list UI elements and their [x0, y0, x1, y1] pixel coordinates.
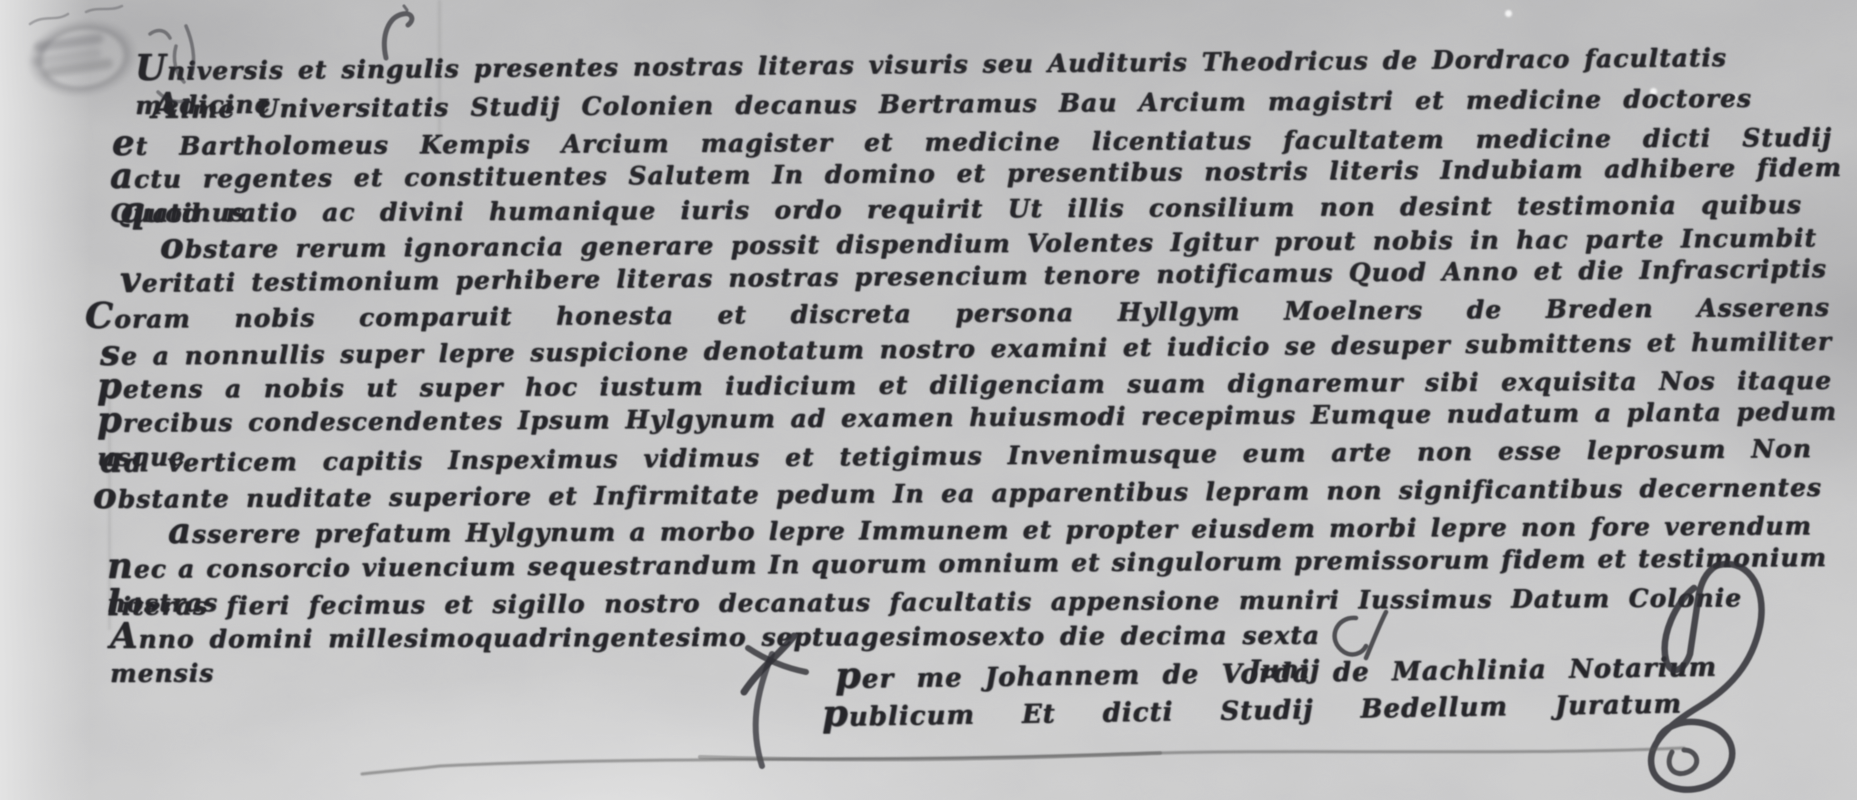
paper-speck [1505, 10, 1512, 17]
manuscript-scan: Universis et singulis presentes nostras … [0, 0, 1857, 800]
manuscript-line-17: Anno domini millesimoquadringentesimo se… [110, 616, 1320, 658]
